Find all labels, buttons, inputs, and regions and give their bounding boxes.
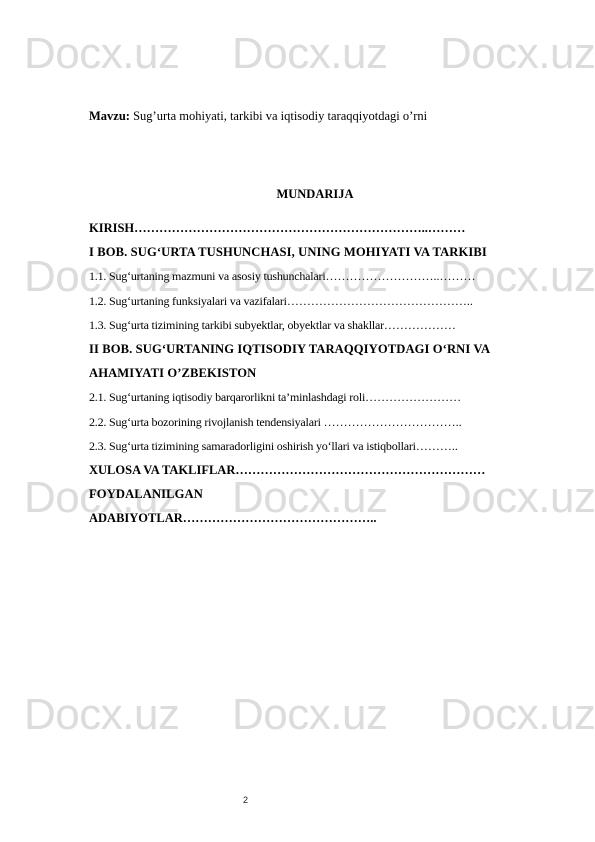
toc-leader-dots: …………………… [365,390,461,404]
document-page: Mavzu: Sug’urta mohiyati, tarkibi va iqt… [0,0,595,842]
toc-entry-title: 2.2. Sug‘urta bozorining rivojlanish ten… [89,415,324,429]
toc-entry-title: 1.3. Sug‘urta tizimining tarkibi subyekt… [89,318,384,332]
toc-entry[interactable]: II BOB. SUG‘URTANING IQTISODIY TARAQQIYO… [89,337,539,361]
toc-entry-title: 1.2. Sug‘urtaning funksiyalari va vazifa… [89,294,287,308]
toc-entry-title: AHAMIYATI O’ZBEKISTON [89,366,256,380]
toc-entry[interactable]: 2.3. Sug‘urta tizimining samaradorligini… [89,434,539,458]
toc-entry-title: KIRISH [89,221,134,235]
toc-leader-dots: …………………………….. [324,415,462,429]
toc-entry[interactable]: 1.1. Sug‘urtaning mazmuni va asosiy tush… [89,264,539,288]
page-number: 2 [243,795,248,805]
toc-title: MUNDARIJA [0,187,595,202]
toc-entry[interactable]: 1.3. Sug‘urta tizimining tarkibi subyekt… [89,313,539,337]
table-of-contents: KIRISH……………………………………………………………..………I BOB.… [89,216,539,530]
toc-leader-dots: ……………………………………………………………..……… [134,221,465,235]
toc-entry[interactable]: KIRISH……………………………………………………………..……… [89,216,539,240]
toc-leader-dots: ……………… [384,318,456,332]
toc-entry[interactable]: AHAMIYATI O’ZBEKISTON [89,361,539,385]
toc-entry-title: FOYDALANILGAN [89,487,203,501]
topic-label: Mavzu: [89,109,130,123]
topic-text: Sug’urta mohiyati, tarkibi va iqtisodiy … [130,109,427,123]
toc-leader-dots: ……….. [416,439,458,453]
toc-entry-title: 2.3. Sug‘urta tizimining samaradorligini… [89,439,416,453]
toc-entry-title: I BOB. SUG‘URTA TUSHUNCHASI, UNING MOHIY… [89,245,487,259]
toc-entry-title: ADABIYOTLAR [89,511,183,525]
toc-entry[interactable]: 2.2. Sug‘urta bozorining rivojlanish ten… [89,410,539,434]
toc-entry-title: XULOSA VA TAKLIFLAR [89,463,235,477]
toc-leader-dots: ……………………………………….. [287,294,473,308]
toc-entry[interactable]: 1.2. Sug‘urtaning funksiyalari va vazifa… [89,289,539,313]
toc-leader-dots: …………………………………………………… [235,463,485,477]
toc-entry[interactable]: ADABIYOTLAR……………………………………….. [89,506,539,530]
toc-entry[interactable]: XULOSA VA TAKLIFLAR…………………………………………………… [89,458,539,482]
toc-entry[interactable]: 2.1. Sug‘urtaning iqtisodiy barqarorlikn… [89,385,539,409]
toc-entry-title: 2.1. Sug‘urtaning iqtisodiy barqarorlikn… [89,390,365,404]
toc-entry[interactable]: FOYDALANILGAN [89,482,539,506]
topic-line: Mavzu: Sug’urta mohiyati, tarkibi va iqt… [89,109,427,124]
toc-entry-title: II BOB. SUG‘URTANING IQTISODIY TARAQQIYO… [89,342,490,356]
toc-entry[interactable]: I BOB. SUG‘URTA TUSHUNCHASI, UNING MOHIY… [89,240,539,264]
toc-leader-dots: ………………………..……… [326,269,476,283]
toc-entry-title: 1.1. Sug‘urtaning mazmuni va asosiy tush… [89,269,326,283]
toc-leader-dots: ……………………………………….. [183,511,377,525]
